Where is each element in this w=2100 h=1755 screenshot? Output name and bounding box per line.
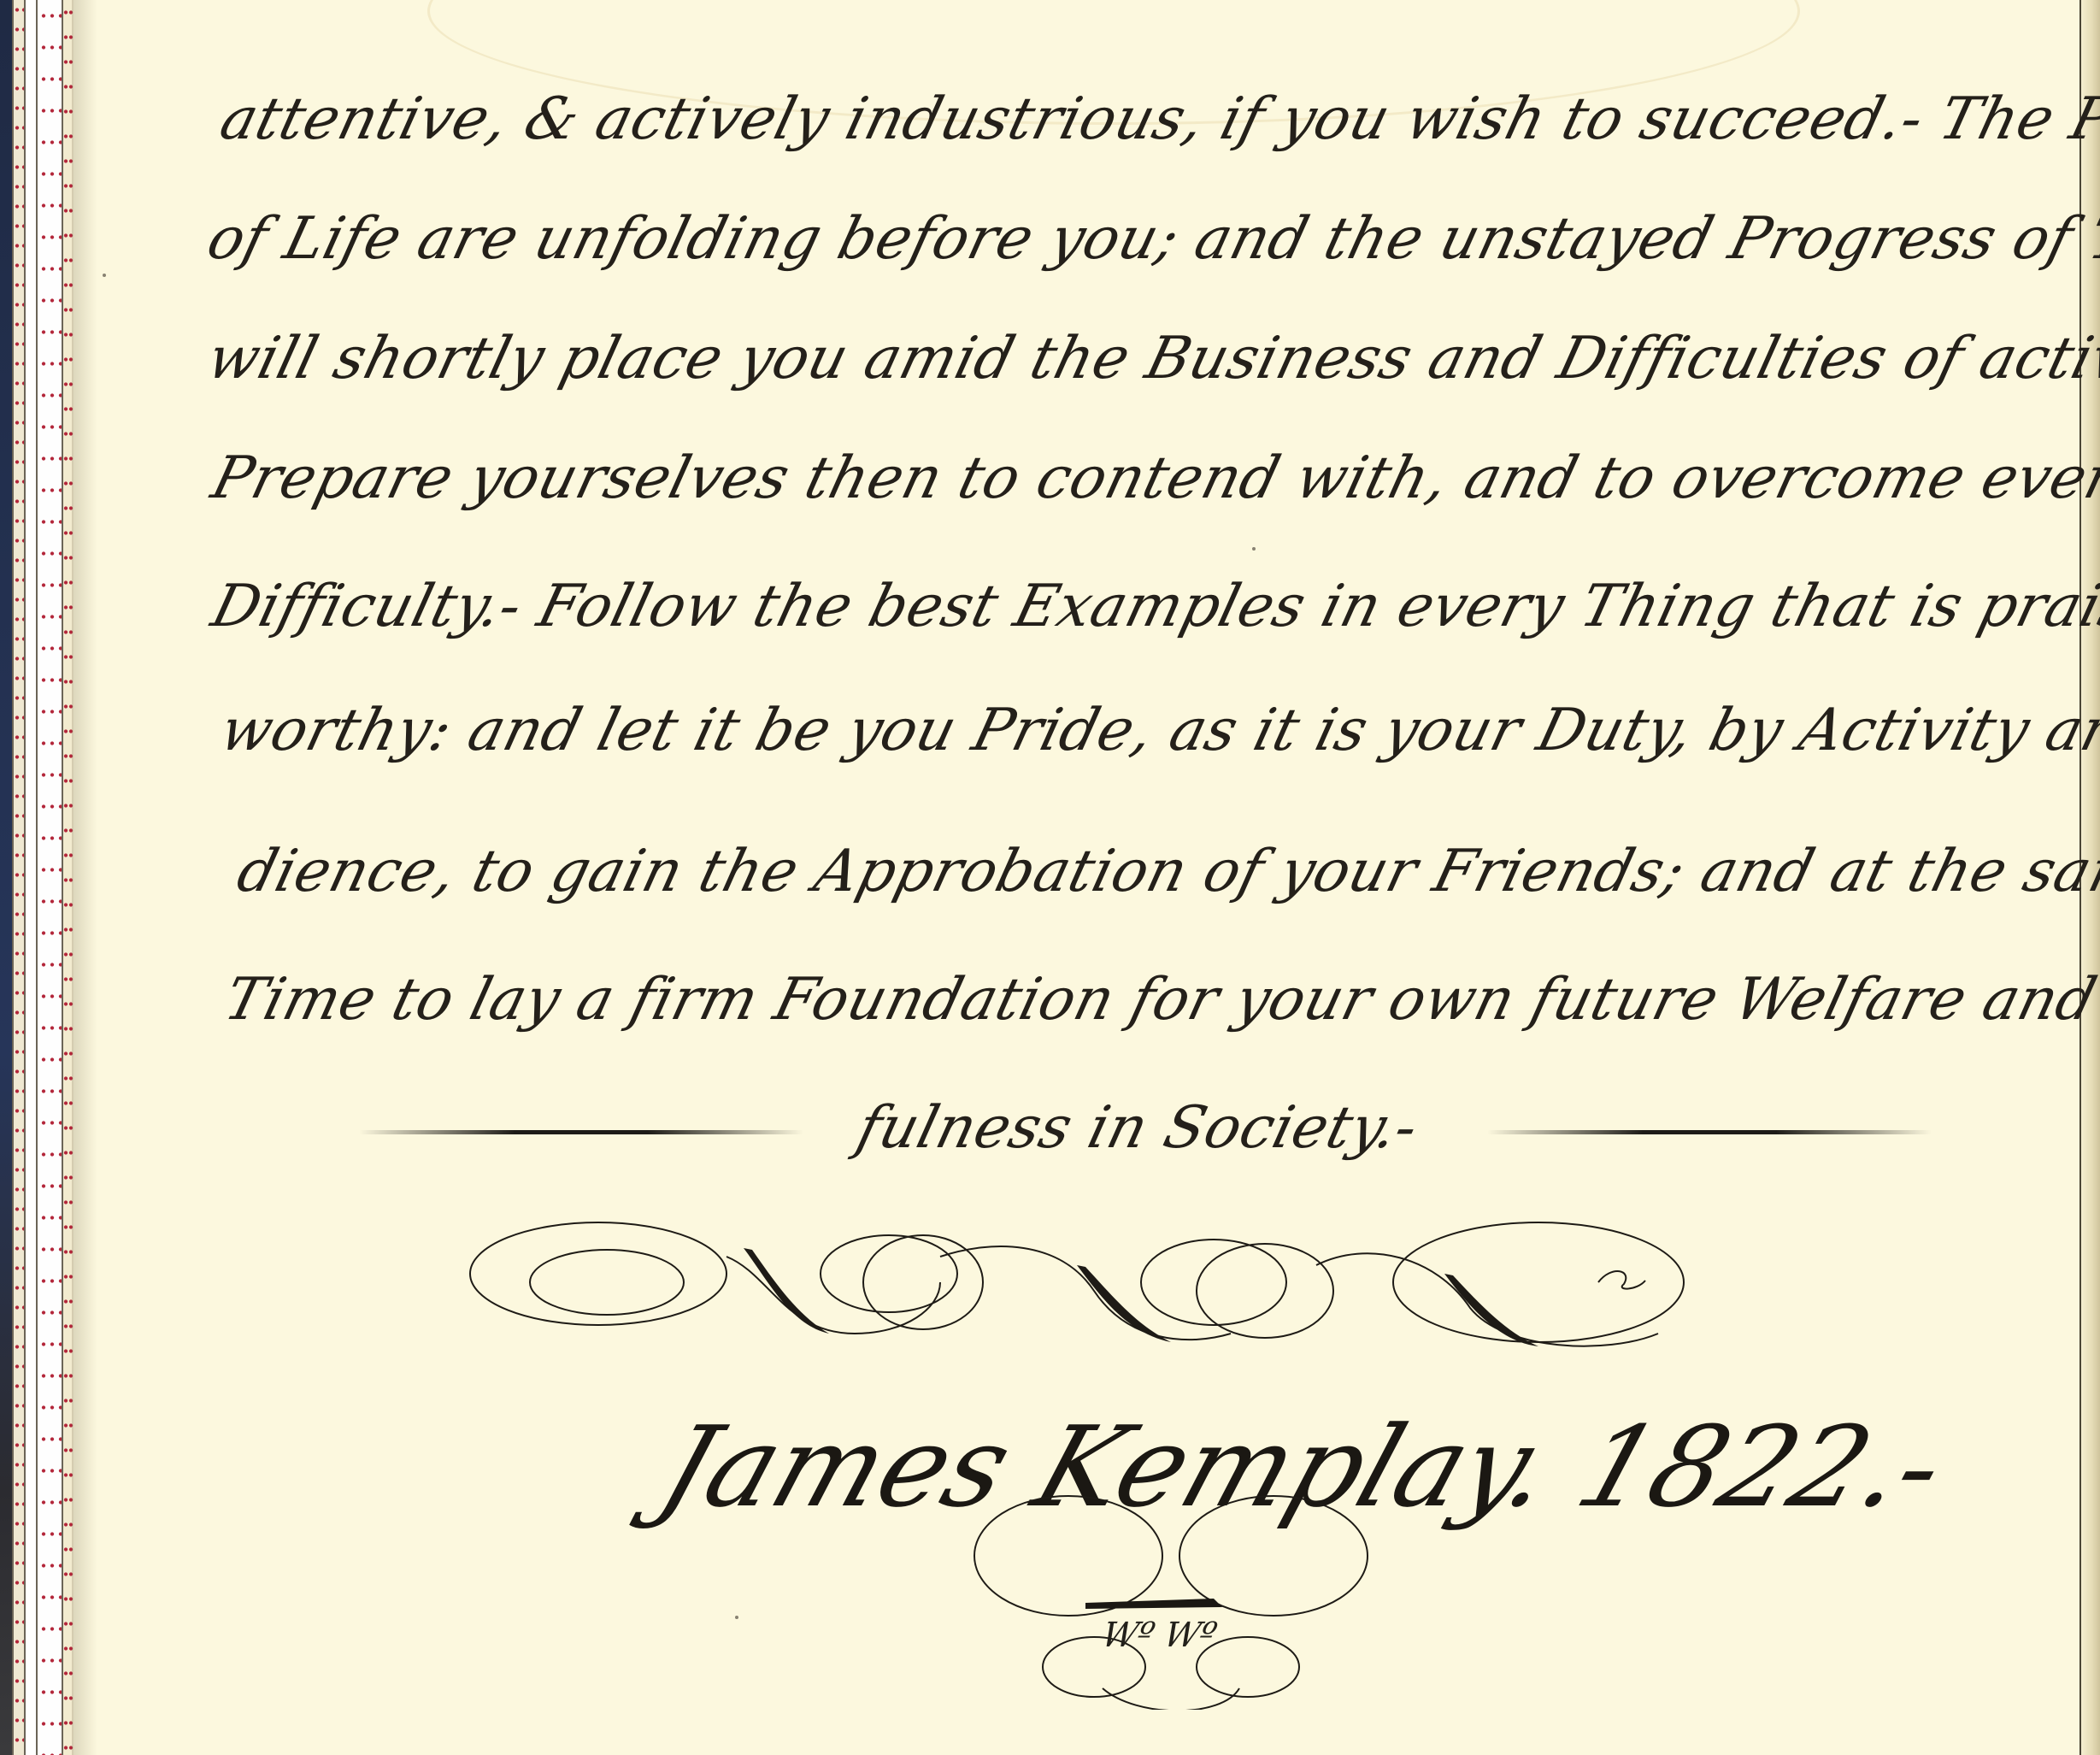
text-line-3: will shortly place you amid the Business…: [201, 325, 2100, 392]
text-line-2: of Life are unfolding before you; and th…: [201, 205, 2100, 273]
ornament-initials: Wº Wº: [1097, 1616, 1221, 1655]
text-line-5: Difficulty.- Follow the best Examples in…: [205, 573, 2100, 640]
text-line-7: dience, to gain the Approbation of your …: [231, 838, 2100, 905]
text-line-9: fulness in Society.-: [850, 1094, 1425, 1162]
manuscript-scan: attentive, & actively industrious, if yo…: [0, 0, 2100, 1755]
left-decorative-rule: [359, 1130, 803, 1134]
ink-speck: [103, 274, 106, 277]
book-cover-edge: [0, 0, 12, 1755]
ink-speck: [1252, 547, 1256, 551]
gutter-shadow: [72, 0, 97, 1755]
text-line-1: attentive, & actively industrious, if yo…: [214, 85, 2100, 153]
ink-speck: [735, 1616, 738, 1619]
text-line-8: Time to lay a firm Foundation for your o…: [218, 966, 2100, 1034]
calligraphic-flourish-icon: [462, 1205, 1795, 1376]
right-decorative-rule: [1487, 1130, 1932, 1134]
text-line-6: worthy: and let it be you Pride, as it i…: [214, 697, 2100, 764]
signature-ornament-icon: [966, 1470, 1393, 1710]
text-line-4: Prepare yourselves then to contend with,…: [205, 445, 2100, 512]
sprinkled-page-edge: [36, 0, 63, 1755]
